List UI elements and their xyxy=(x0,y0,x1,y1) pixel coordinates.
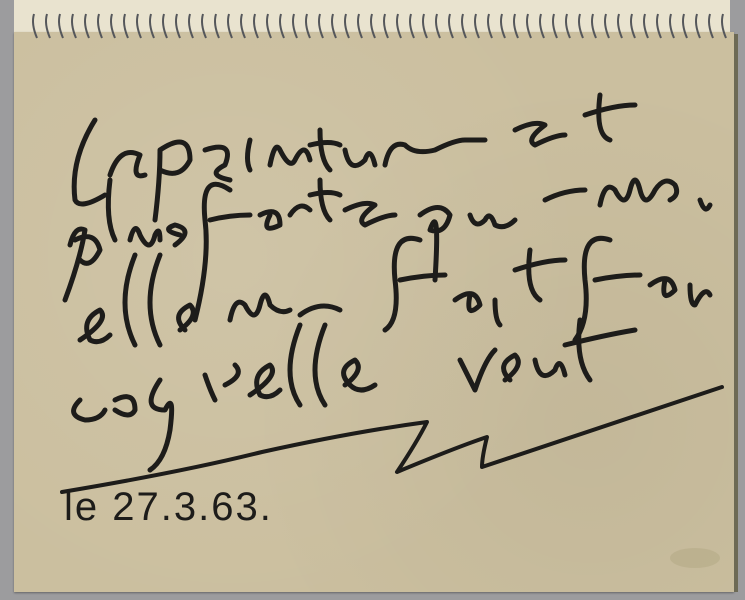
date-annotation: le 27.3.63. xyxy=(64,485,273,530)
